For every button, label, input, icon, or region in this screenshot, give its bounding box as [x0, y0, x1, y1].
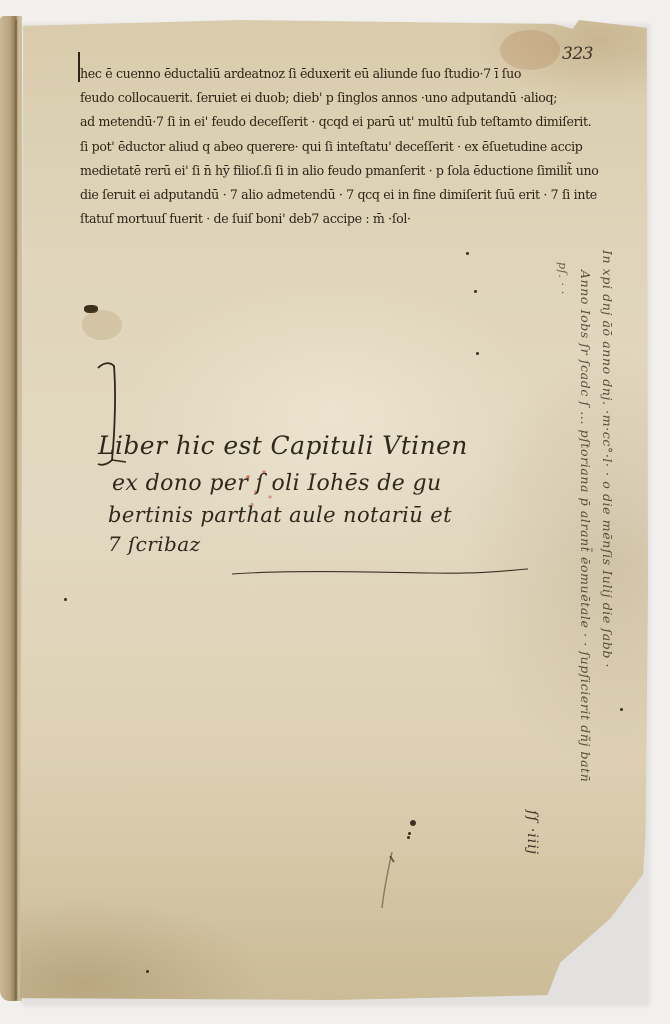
scan-stage: 323 hec ē cuenno ēductaliū ardeatnoz ſi … — [0, 0, 670, 1024]
ink-dot — [408, 832, 411, 835]
ink-dot — [466, 252, 469, 255]
stain-left — [82, 310, 122, 340]
binding-gutter-line — [15, 20, 17, 1000]
ink-dot — [146, 970, 149, 973]
text-line: medietatē rerū ei' ſi n̄ hȳ filioſ.ſi ſi… — [80, 158, 640, 183]
inscription-line: ex dono per ſ oli Iohēs de gu — [98, 467, 528, 500]
main-text-block: hec ē cuenno ēductaliū ardeatnoz ſi ēdux… — [80, 62, 640, 231]
scratch-mark — [380, 850, 420, 910]
text-line: ſi pot' ēductor aliud q abeo querere· qu… — [80, 134, 640, 159]
text-line: ſtatuſ mortuuſ fuerit · de ſuiſ boni' de… — [80, 207, 640, 232]
notarial-signature: ſſ ·iiij — [524, 810, 540, 855]
inscription-line: Liber hic est Capituli Vtinen — [98, 425, 528, 467]
flourish-line — [230, 566, 530, 580]
text-line: feudo collocauerit. ſeruiet ei duob; die… — [80, 86, 640, 111]
ink-dot — [410, 820, 416, 826]
text-line: die ſeruit ei adputandū · 7 alio admeten… — [80, 182, 640, 207]
marginal-note: In xpi dnj āō anno dnj. ·m·cc°·l· · o di… — [548, 250, 638, 890]
inscription-line: bertinis parthat aule notariū et — [98, 500, 528, 530]
ink-dot — [476, 352, 479, 355]
margin-note-line: pſ. · · — [556, 262, 569, 295]
inscription-line: 7 ſcribaz — [98, 530, 528, 558]
ink-dot — [474, 290, 477, 293]
text-line: ad metendū·7 ſi in ei' feudo deceſſerit … — [80, 110, 640, 135]
text-line: hec ē cuenno ēductaliū ardeatnoz ſi ēdux… — [80, 61, 640, 86]
margin-note-line: In xpi dnj āō anno dnj. ·m·cc°·l· · o di… — [600, 250, 615, 668]
ink-dot — [407, 836, 410, 839]
ink-dot — [64, 598, 67, 601]
previous-leaf-edge — [0, 16, 22, 1001]
margin-note-line: Anno Iobs ſr ſcadc ſ ... pſtoriana p̄ al… — [578, 270, 593, 782]
ownership-inscription: Liber hic est Capituli Vtinen ex dono pe… — [98, 425, 528, 558]
